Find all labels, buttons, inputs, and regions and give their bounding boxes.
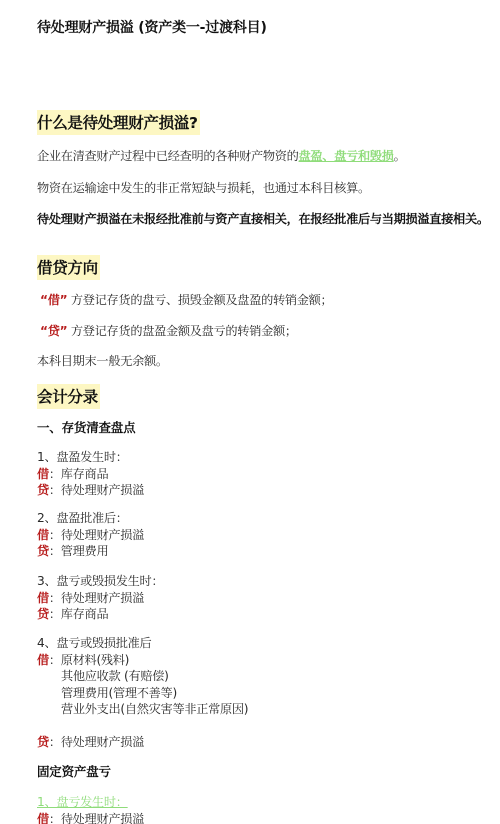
debit-account: 原材料(残料) xyxy=(61,653,129,667)
heading-what-is: 什么是待处理财产损溢? xyxy=(37,110,200,135)
colon: ： xyxy=(49,544,61,558)
entry-title: 4、盘亏或毁损批准后 xyxy=(37,635,248,652)
entry-debit-line: 借：库存商品 xyxy=(37,466,144,483)
entry-debit-line: 借：待处理财产损溢 xyxy=(37,811,144,824)
debit-label: 借 xyxy=(37,467,49,481)
entry-3: 3、盘亏或毁损发生时： 借：待处理财产损溢 贷：库存商品 xyxy=(37,573,163,623)
credit-label: 贷 xyxy=(37,544,49,558)
credit-label: “贷” xyxy=(40,324,67,338)
entry-title: 1、盘盈发生时： xyxy=(37,449,144,466)
debit-account: 营业外支出(自然灾害等非正常原因) xyxy=(37,701,248,718)
debit-label: 借 xyxy=(37,653,49,667)
subheading-fixed-asset-shortage: 固定资产盘亏 xyxy=(37,762,111,780)
credit-label: 贷 xyxy=(37,735,49,749)
credit-label: 贷 xyxy=(37,483,49,497)
colon: ： xyxy=(49,528,61,542)
colon: ： xyxy=(49,607,61,621)
entry-credit-line: 贷：管理费用 xyxy=(37,543,144,560)
entry-title: 3、盘亏或毁损发生时： xyxy=(37,573,163,590)
debit-account: 待处理财产损溢 xyxy=(61,591,144,605)
debit-label: “借” xyxy=(40,293,67,307)
entry-credit-line: 贷：待处理财产损溢 xyxy=(37,734,248,751)
balance-note: 本科目期末一般无余额。 xyxy=(37,352,168,369)
debit-direction-text: 方登记存货的盘亏、损毁金额及盘盈的转销金额； xyxy=(67,293,332,307)
entry-debit-line: 借：原材料(残料) xyxy=(37,652,248,669)
credit-account: 库存商品 xyxy=(61,607,109,621)
colon: ： xyxy=(49,483,61,497)
entry-title-link[interactable]: 1、盘亏发生时： xyxy=(37,794,144,811)
colon: ： xyxy=(49,735,61,749)
subheading-inventory-count: 一、存货清查盘点 xyxy=(37,418,135,436)
paragraph-transit-loss: 物资在运输途中发生的非正常短缺与损耗，也通过本科目核算。 xyxy=(37,179,370,196)
fixed-asset-entry-1: 1、盘亏发生时： 借：待处理财产损溢 xyxy=(37,794,144,824)
credit-direction-line: “贷” 方登记存货的盘盈金额及盘亏的转销金额； xyxy=(40,322,297,339)
debit-account: 待处理财产损溢 xyxy=(61,528,144,542)
entry-title: 2、盘盈批准后： xyxy=(37,510,144,527)
credit-account: 管理费用 xyxy=(61,544,109,558)
credit-label: 贷 xyxy=(37,607,49,621)
entry-debit-line: 借：待处理财产损溢 xyxy=(37,590,163,607)
heading-journal-entries: 会计分录 xyxy=(37,384,100,409)
debit-label: 借 xyxy=(37,591,49,605)
entry-4: 4、盘亏或毁损批准后 借：原材料(残料) 其他应收款 (有赔偿) 管理费用(管理… xyxy=(37,635,248,750)
debit-account: 管理费用(管理不善等) xyxy=(37,685,248,702)
paragraph-definition: 企业在清查财产过程中已经查明的各种财产物资的盘盈、盘亏和毁损。 xyxy=(37,147,406,164)
entry-credit-line: 贷：待处理财产损溢 xyxy=(37,482,144,499)
debit-account: 其他应收款 (有赔偿) xyxy=(37,668,248,685)
debit-account: 待处理财产损溢 xyxy=(61,812,144,824)
definition-suffix: 。 xyxy=(394,149,406,163)
colon: ： xyxy=(49,591,61,605)
colon: ： xyxy=(49,467,61,481)
entry-debit-line: 借：待处理财产损溢 xyxy=(37,527,144,544)
debit-direction-line: “借” 方登记存货的盘亏、损毁金额及盘盈的转销金额； xyxy=(40,291,332,308)
entry-2: 2、盘盈批准后： 借：待处理财产损溢 贷：管理费用 xyxy=(37,510,144,560)
colon: ： xyxy=(49,653,61,667)
credit-account: 待处理财产损溢 xyxy=(61,735,144,749)
definition-prefix: 企业在清查财产过程中已经查明的各种财产物资的 xyxy=(37,149,299,163)
entry-credit-line: 贷：库存商品 xyxy=(37,606,163,623)
document-title: 待处理财产损溢 (资产类一-过渡科目) xyxy=(37,17,267,37)
paragraph-approval-note: 待处理财产损溢在未报经批准前与资产直接相关，在报经批准后与当期损溢直接相关。 xyxy=(37,210,489,227)
debit-account: 库存商品 xyxy=(61,467,109,481)
entry-1: 1、盘盈发生时： 借：库存商品 贷：待处理财产损溢 xyxy=(37,449,144,499)
credit-direction-text: 方登记存货的盘盈金额及盘亏的转销金额； xyxy=(67,324,296,338)
colon: ： xyxy=(49,812,61,824)
heading-debit-credit-direction: 借贷方向 xyxy=(37,255,100,280)
credit-account: 待处理财产损溢 xyxy=(61,483,144,497)
debit-label: 借 xyxy=(37,812,49,824)
debit-label: 借 xyxy=(37,528,49,542)
link-surplus-shortage-damage[interactable]: 盘盈、盘亏和毁损 xyxy=(299,149,394,163)
